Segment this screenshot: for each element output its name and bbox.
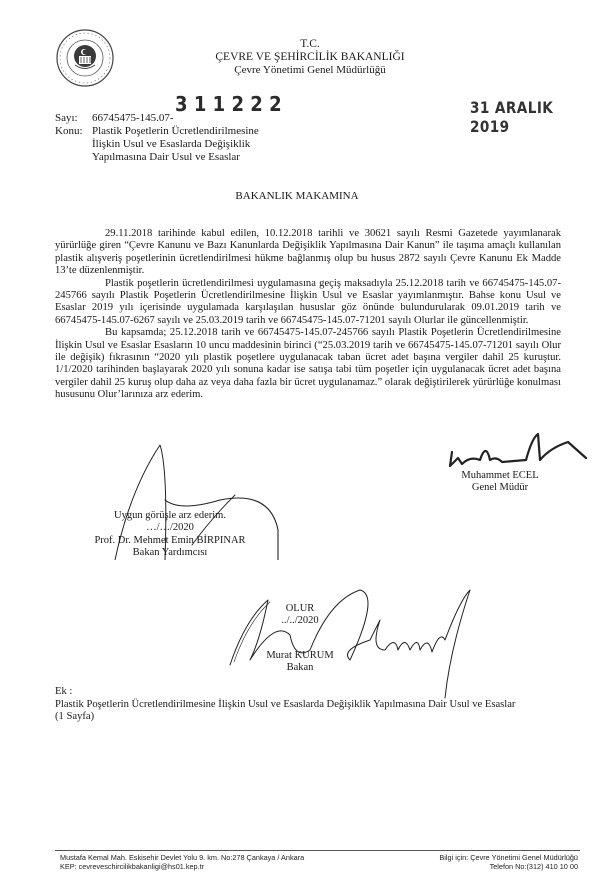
footer-divider — [55, 850, 580, 851]
minister-title: Bakan — [260, 662, 340, 674]
minister-approval-block: OLUR ../../2020 — [260, 603, 340, 628]
body-paragraph: 29.11.2018 tarihinde kabul edilen, 10.12… — [55, 228, 561, 278]
approval-label: OLUR — [260, 603, 340, 615]
director-signature — [440, 430, 590, 470]
directorate-name: Çevre Yönetimi Genel Müdürlüğü — [150, 64, 470, 77]
minister-signature-block: Murat KURUM Bakan — [260, 650, 340, 675]
footer-address: Mustafa Kemal Mah. Eskisehir Devlet Yolu… — [60, 853, 304, 862]
date-stamp: 31 ARALIK 2019 — [470, 98, 575, 136]
attachment-pages: (1 Sayfa) — [55, 711, 575, 724]
deputy-date: …/…/2020 — [85, 522, 255, 534]
body-paragraph: Bu kapsamda; 25.12.2018 tarih ve 6674547… — [55, 327, 561, 401]
minister-name: Murat KURUM — [260, 650, 340, 662]
attachments-label: Ek : — [55, 686, 575, 699]
footer-info: Bilgi için: Çevre Yönetimi Genel Müdürlü… — [439, 853, 578, 862]
ministry-name: ÇEVRE VE ŞEHİRCİLİK BAKANLIĞI — [150, 51, 470, 64]
country-label: T.C. — [150, 38, 470, 51]
konu-value: Plastik Poşetlerin Ücretlendirilmesine İ… — [92, 125, 259, 164]
director-name: Muhammet ECEL — [440, 470, 560, 482]
attachment-item: Plastik Poşetlerin Ücretlendirilmesine İ… — [55, 699, 575, 712]
deputy-note: Uygun görüşle arz ederim. — [85, 510, 255, 522]
minister-signature — [220, 580, 480, 700]
addressee-heading: BAKANLIK MAKAMINA — [0, 190, 594, 202]
deputy-signature-block: Uygun görüşle arz ederim. …/…/2020 Prof.… — [85, 510, 255, 560]
body-paragraph: Plastik poşetlerin ücretlendirilmesi uyg… — [55, 278, 561, 328]
sayi-value: 66745475-145.07- — [92, 112, 174, 125]
deputy-name: Prof. Dr. Mehmet Emin BİRPINAR — [85, 535, 255, 547]
footer-right: Bilgi için: Çevre Yönetimi Genel Müdürlü… — [439, 853, 578, 871]
director-title: Genel Müdür — [440, 482, 560, 494]
footer-kep: KEP: cevreveschircilikbakanligi@hs01.kep… — [60, 862, 304, 871]
approval-date: ../../2020 — [260, 615, 340, 627]
konu-label: Konu: — [55, 125, 92, 164]
ministry-seal-icon — [55, 28, 115, 88]
attachments: Ek : Plastik Poşetlerin Ücretlendirilmes… — [55, 686, 575, 724]
deputy-title: Bakan Yardımcısı — [85, 547, 255, 559]
footer-phone: Telefon No:(312) 410 10 00 — [439, 862, 578, 871]
footer-left: Mustafa Kemal Mah. Eskisehir Devlet Yolu… — [60, 853, 304, 871]
sayi-label: Sayı: — [55, 112, 92, 125]
director-signature-block: Muhammet ECEL Genel Müdür — [440, 470, 560, 495]
letter-body: 29.11.2018 tarihinde kabul edilen, 10.12… — [55, 228, 561, 402]
document-meta: Sayı: 66745475-145.07- Konu: Plastik Poş… — [55, 112, 259, 164]
